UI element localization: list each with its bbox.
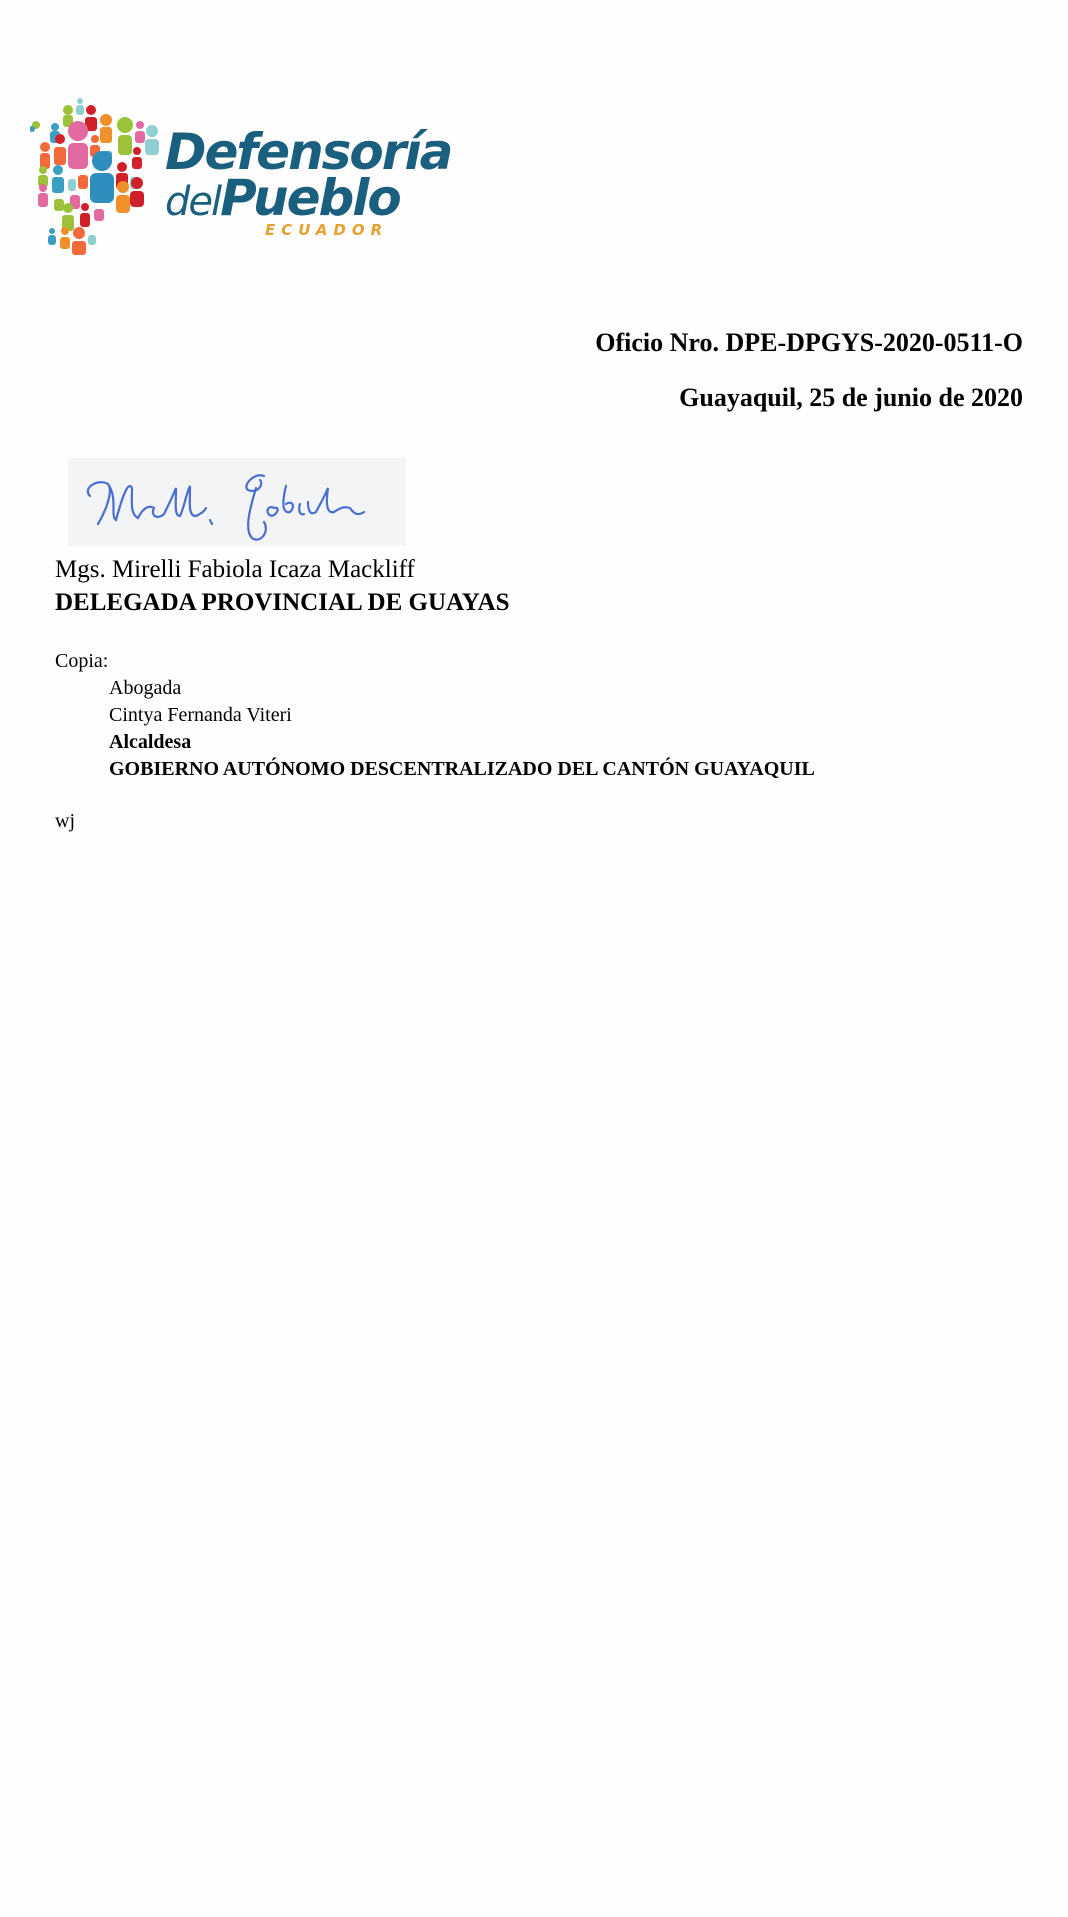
- copy-line: Cintya Fernanda Viteri: [109, 702, 815, 729]
- logo-subtitle: ECUADOR: [265, 221, 451, 239]
- typist-initials: wj: [55, 810, 75, 833]
- copy-label: Copia:: [55, 648, 815, 675]
- logo-del: del: [165, 179, 220, 225]
- copy-line: GOBIERNO AUTÓNOMO DESCENTRALIZADO DEL CA…: [109, 756, 815, 783]
- copy-list: Abogada Cintya Fernanda Viteri Alcaldesa…: [109, 675, 815, 783]
- people-map-icon: [30, 95, 165, 255]
- logo-pueblo: Pueblo: [220, 169, 400, 227]
- copy-recipients: Copia: Abogada Cintya Fernanda Viteri Al…: [55, 648, 815, 783]
- copy-line: Abogada: [109, 675, 815, 702]
- logo-wordmark: Defensoría delPueblo ECUADOR: [165, 127, 451, 239]
- signature-icon: [68, 458, 406, 546]
- document-date: Guayaquil, 25 de junio de 2020: [679, 383, 1023, 413]
- signer-role: DELEGADA PROVINCIAL DE GUAYAS: [55, 589, 510, 617]
- oficio-number: Oficio Nro. DPE-DPGYS-2020-0511-O: [595, 328, 1023, 358]
- signature-image: [68, 458, 406, 546]
- signer-name: Mgs. Mirelli Fabiola Icaza Mackliff: [55, 556, 415, 584]
- copy-line: Alcaldesa: [109, 729, 815, 756]
- defensoria-logo: Defensoría delPueblo ECUADOR: [30, 95, 390, 260]
